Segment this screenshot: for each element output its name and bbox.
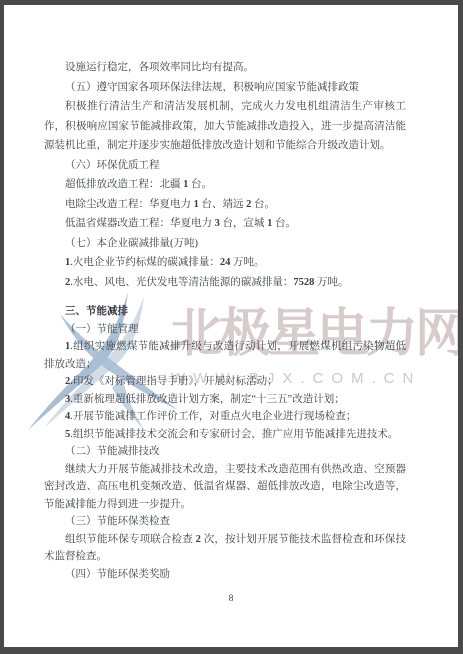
- paragraph: （五）遵守国家各项环保法律法规，积极响应国家节能减排政策: [44, 78, 406, 98]
- paragraph: （一）节能管理: [44, 321, 406, 339]
- paragraph: 积极推行清洁生产和清洁发展机制，完成火力发电机组清洁生产审核工作，积极响应国家节…: [44, 97, 406, 156]
- paragraph: 5.组织节能减排技术交流会和专家研讨会，推广应用节能减排先进技术。: [44, 426, 406, 444]
- paragraph: 2.水电、风电、光伏发电等清洁能源的碳减排量：7528 万吨。: [44, 273, 406, 293]
- paragraph: 继续大力开展节能减排技术改造，主要技术改造范围有供热改造、空预器密封改造、高压电…: [44, 461, 406, 514]
- paragraph: （三）节能环保类检查: [44, 513, 406, 531]
- paragraph: 设施运行稳定，各项效率同比均有提高。: [44, 58, 406, 78]
- paragraph: 4.开展节能减排工作评价工作，对重点火电企业进行现场检查；: [44, 408, 406, 426]
- paragraph: （六）环保优质工程: [44, 156, 406, 176]
- paragraph: 1.火电企业节约标煤的碳减排量：24 万吨。: [44, 253, 406, 273]
- document-paragraphs: 设施运行稳定，各项效率同比均有提高。（五）遵守国家各项环保法律法规，积极响应国家…: [44, 58, 406, 583]
- paragraph: 低温省煤器改造工程：华夏电力 3 台，宣城 1 台。: [44, 214, 406, 234]
- paragraph: 电除尘改造工程：华夏电力 1 台、靖远 2 台。: [44, 195, 406, 215]
- paragraph: （七）本企业碳减排量(万吨): [44, 234, 406, 254]
- paragraph: 组织节能环保专项联合检查 2 次，按计划开展节能技术监督检查和环保技术监督检查。: [44, 531, 406, 566]
- page-number: 8: [4, 594, 458, 604]
- paragraph: 3.重新梳理超低排放改造计划方案，制定“十三五”改造计划；: [44, 391, 406, 409]
- paragraph: 超低排放改造工程：北疆 1 台。: [44, 175, 406, 195]
- document-page: 北极星电力网 WWW.BJX.COM.CN 设施运行稳定，各项效率同比均有提高。…: [4, 5, 458, 647]
- paragraph: 1.组织实施燃煤节能减排升级与改造行动计划，开展燃煤机组污染物超低排放改造；: [44, 338, 406, 373]
- paragraph: 2.印发《对标管理指导手册》，开展对标活动；: [44, 373, 406, 391]
- paragraph: （二）节能减排技改: [44, 443, 406, 461]
- paragraph: 三、节能减排: [44, 303, 406, 321]
- paragraph: （四）节能环保类奖励: [44, 566, 406, 584]
